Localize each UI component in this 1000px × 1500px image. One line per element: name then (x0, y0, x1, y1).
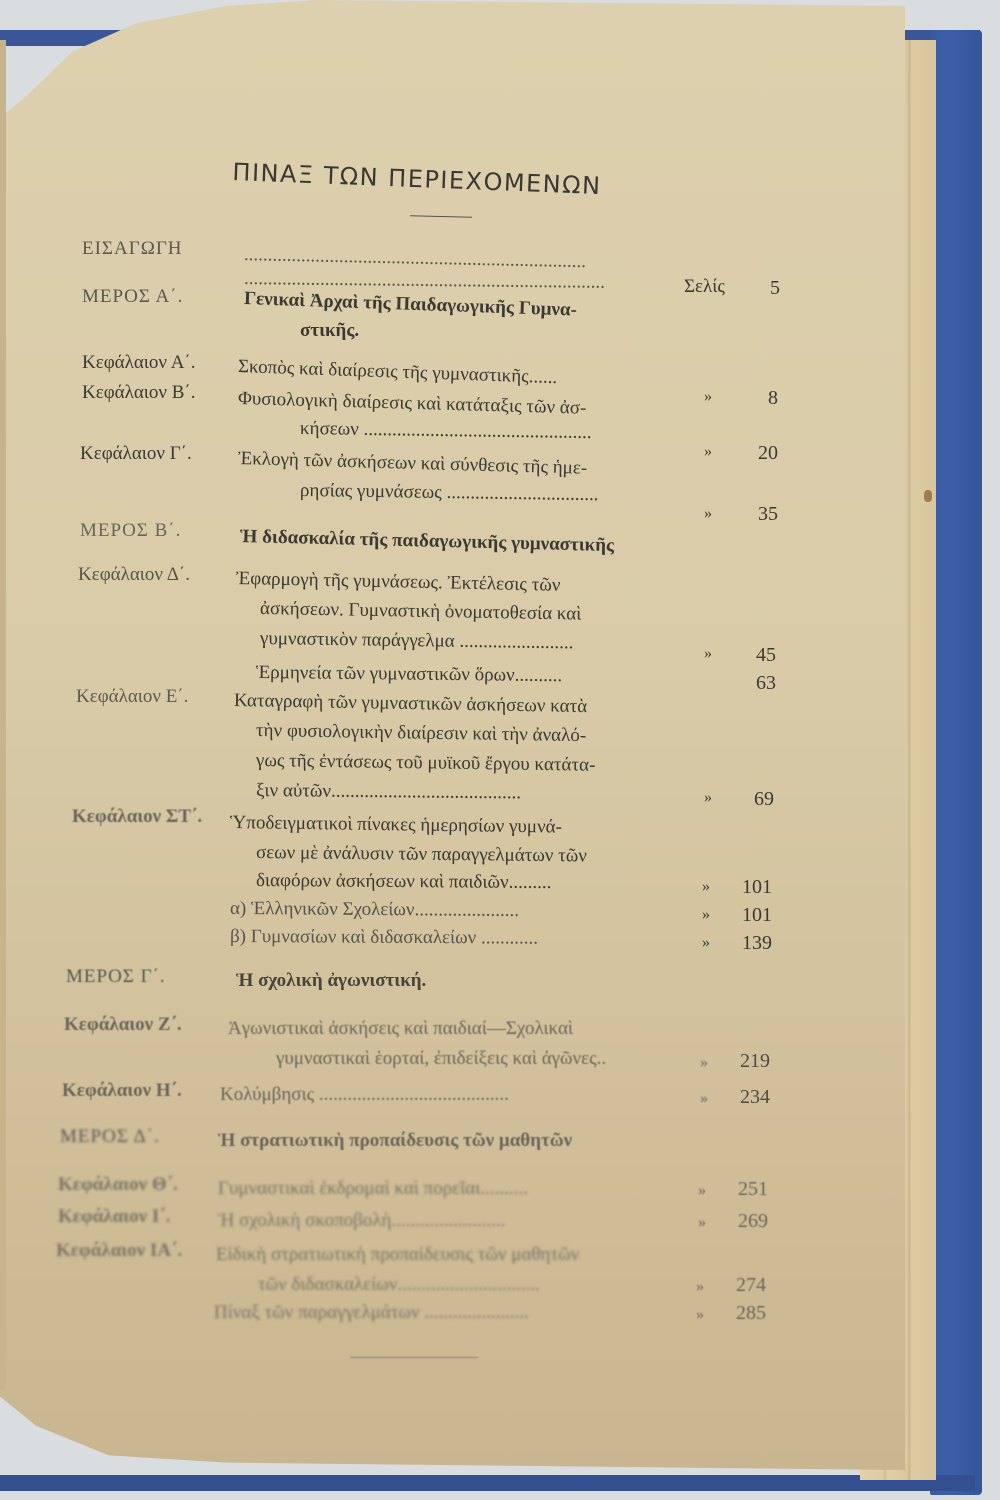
chapter-title-line: Κολύμβησις .............................… (220, 1084, 509, 1106)
sub-entry-line: Πίναξ τῶν παραγγελμάτων ................… (214, 1302, 529, 1324)
chapter-label: Κεφάλαιον Β΄. (82, 382, 196, 404)
bottom-divider (350, 1357, 478, 1358)
page-number: 219 (720, 1050, 770, 1073)
ditto-mark: » (698, 1214, 706, 1232)
chapter-title-line: Σκοπὸς καὶ διαίρεσις τῆς γυμναστικῆς....… (238, 356, 558, 389)
ditto-mark: » (696, 1306, 704, 1324)
chapter-label: Κεφάλαιον ΙΑ΄. (56, 1240, 182, 1262)
part-title-line: στικῆς. (300, 320, 359, 342)
title-divider (410, 215, 472, 218)
page-number: 20 (728, 442, 778, 465)
part-label: ΜΕΡΟΣ Α΄. (82, 286, 183, 308)
chapter-title-line: κήσεων .................................… (300, 418, 592, 444)
sub-entry-line: Ἑρμηνεία τῶν γυμναστικῶν ὅρων.......... (256, 662, 562, 687)
table-of-contents: ΠΙΝΑΞ ΤΩΝ ΠΕΡΙΕΧΟΜΕΝΩΝ ΕΙΣΑΓΩΓΗ ........… (0, 0, 900, 1470)
page-number: 251 (718, 1178, 768, 1201)
chapter-title-line: ρησίας γυμνάσεως .......................… (300, 480, 599, 506)
chapter-title-line: γυμναστικαὶ ἑορταί, ἐπιδείξεις καὶ ἀγῶνε… (276, 1048, 606, 1070)
chapter-title-line: Φυσιολογικὴ διαίρεσις καὶ κατάταξις τῶν … (238, 388, 587, 420)
chapter-label: Κεφάλαιον Ε΄. (76, 686, 188, 708)
part-label: ΜΕΡΟΣ Γ΄. (66, 966, 166, 988)
ditto-mark: » (702, 934, 710, 952)
page-number: 63 (726, 672, 776, 695)
chapter-label: Κεφάλαιον Ι΄. (58, 1206, 170, 1228)
page-number: 274 (716, 1274, 766, 1297)
chapter-label: Κεφάλαιον Δ΄. (78, 564, 190, 586)
chapter-label: Κεφάλαιον Θ΄. (58, 1174, 178, 1196)
part-title-line: Γενικαὶ Ἀρχαὶ τῆς Παιδαγωγικῆς Γυμνα- (244, 288, 578, 322)
sub-entry-line: β) Γυμνασίων καὶ διδασκαλείων ..........… (230, 926, 538, 950)
chapter-title-line: διαφόρων ἀσκήσεων καὶ παιδιῶν......... (256, 870, 552, 894)
book-cover-spine (930, 30, 982, 1495)
chapter-label: Κεφάλαιον Γ΄. (80, 443, 192, 465)
part-label: ΜΕΡΟΣ Β΄. (80, 520, 181, 542)
chapter-title-line: τῶν διδασκαλείων........................… (258, 1274, 540, 1296)
page-title: ΠΙΝΑΞ ΤΩΝ ΠΕΡΙΕΧΟΜΕΝΩΝ (232, 158, 643, 202)
part-title-line: Ἡ διδασκαλία τῆς παιδαγωγικῆς γυμναστικῆ… (240, 526, 615, 557)
chapter-title-line: Ἐφαρμογὴ τῆς γυμνάσεως. Ἐκτέλεσις τῶν (236, 568, 561, 597)
ditto-mark: » (696, 1278, 704, 1296)
ditto-mark: » (704, 789, 712, 807)
ditto-mark: » (700, 1054, 708, 1072)
entry-label: ΕΙΣΑΓΩΓΗ (82, 238, 183, 260)
page-number: 5 (730, 277, 780, 300)
page-number: 285 (716, 1302, 766, 1325)
ditto-mark: » (702, 906, 710, 924)
paper-stain (924, 490, 932, 502)
chapter-title-line: τὴν φυσιολογικὴν διαίρεσιν καὶ τὴν ἀναλό… (256, 720, 586, 747)
part-title-line: Ἡ στρατιωτικὴ προπαίδευσις τῶν μαθητῶν (218, 1130, 572, 1152)
page-number: 101 (722, 904, 772, 927)
chapter-title-line: Καταγραφὴ τῶν γυμναστικῶν ἀσκήσεων κατὰ (234, 690, 588, 718)
page-number: 8 (728, 387, 778, 410)
page-number: 45 (726, 644, 776, 667)
chapter-label: Κεφάλαιον Α΄. (82, 352, 196, 374)
chapter-title-line: Ἀγωνιστικαὶ ἀσκήσεις καὶ παιδιαί—Σχολικα… (228, 1018, 573, 1040)
page-label: Σελίς (684, 276, 725, 298)
ditto-mark: » (702, 878, 710, 896)
ditto-mark: » (704, 443, 712, 461)
chapter-title-line: Ὑποδειγματικοὶ πίνακες ἡμερησίων γυμνά- (230, 812, 562, 839)
chapter-title-line: γως τῆς ἐντάσεως τοῦ μυϊκοῦ ἔργου κατάτα… (256, 750, 596, 777)
ditto-mark: » (704, 645, 712, 663)
chapter-title-line: Γυμναστικαὶ ἐκδρομαὶ καὶ πορεῖαι........… (218, 1178, 528, 1200)
chapter-title-line: ξιν αὐτῶν...............................… (256, 780, 521, 804)
page-number: 139 (722, 932, 772, 955)
book-cover-bottom-edge (0, 1475, 975, 1491)
chapter-label: Κεφάλαιον ΣΤ΄. (72, 806, 202, 828)
chapter-title-line: ἀσκήσεων. Γυμναστικὴ ὀνοματοθεσία καὶ (260, 598, 582, 626)
page-number: 234 (720, 1086, 770, 1109)
chapter-title-line: Εἰδικὴ στρατιωτικὴ προπαίδευσις τῶν μαθη… (216, 1244, 579, 1266)
page-number: 69 (724, 788, 774, 811)
chapter-title-line: Ἐκλογὴ τῶν ἀσκήσεων καὶ σύνθεσις τῆς ἡμε… (238, 448, 588, 480)
part-title-line: Ἡ σχολικὴ ἀγωνιστική. (236, 970, 426, 992)
sub-entry-line: α) Ἑλληνικῶν Σχολείων...................… (230, 898, 519, 922)
chapter-title-line: σεων μὲ ἀνάλυσιν τῶν παραγγελμάτων τῶν (256, 842, 587, 867)
page-number: 101 (722, 876, 772, 899)
ditto-mark: » (700, 1090, 708, 1108)
part-label: ΜΕΡΟΣ Δ΄. (60, 1126, 160, 1148)
ditto-mark: » (704, 505, 712, 523)
ditto-mark: » (704, 388, 712, 406)
chapter-label: Κεφάλαιον Ζ΄. (64, 1014, 182, 1036)
ditto-mark: » (698, 1182, 706, 1200)
page-number: 269 (718, 1210, 768, 1233)
page-number: 35 (728, 503, 778, 526)
chapter-title-line: γυμναστικὸν παράγγελμα .................… (260, 628, 574, 654)
chapter-title-line: Ἡ σχολικὴ σκοποβολὴ.....................… (218, 1210, 506, 1232)
chapter-label: Κεφάλαιον Η΄. (62, 1080, 182, 1102)
